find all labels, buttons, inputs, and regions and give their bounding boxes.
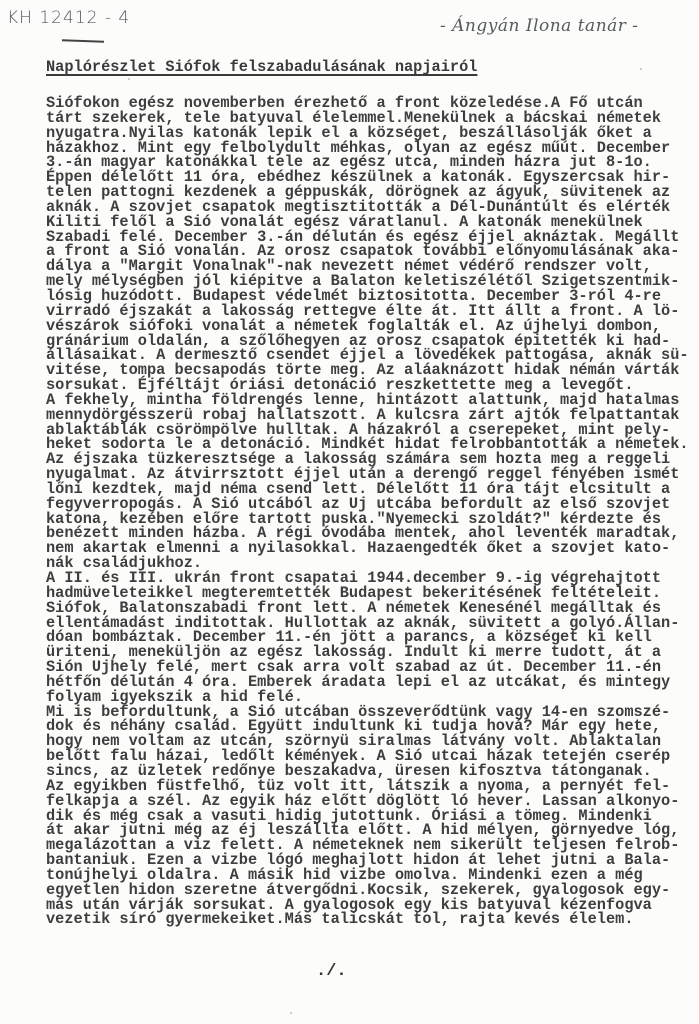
scanned-page: KH 12412 - 4 - Ángyán Ilona tanár - Napl… <box>0 0 699 1024</box>
text-line: vezetik síró gyermekeiket.Más talicskát … <box>46 912 686 927</box>
scan-speck <box>290 1012 292 1014</box>
document-title: Naplórészlet Siófok felszabadulásának na… <box>46 58 477 76</box>
document-body: Siófokon egész novemberben érezhető a fr… <box>46 96 686 927</box>
continuation-mark: ./. <box>316 962 347 981</box>
author-note-handwritten: - Ángyán Ilona tanár - <box>440 16 639 36</box>
scan-speck <box>128 78 130 80</box>
scan-speck <box>640 68 642 70</box>
archive-id-handwritten: KH 12412 - 4 <box>7 8 130 28</box>
archive-id-underline <box>62 39 104 42</box>
